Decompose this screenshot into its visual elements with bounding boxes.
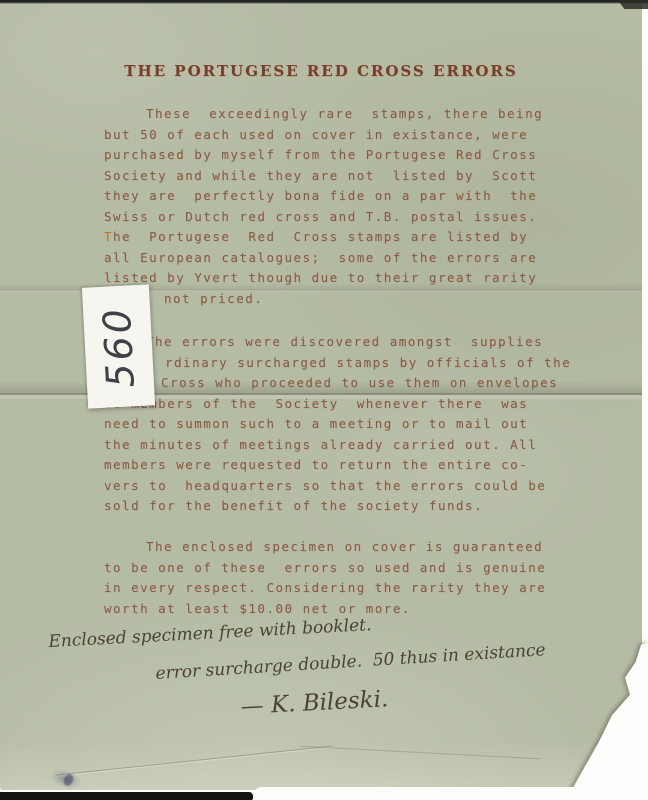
text-line: but 50 of each used on cover in existanc…	[104, 127, 543, 148]
text-line: Society and while they are not listed by…	[104, 168, 543, 189]
text-line: purchased by myself from the Portugese R…	[104, 147, 543, 168]
paragraph-1: These exceedingly rare stamps, there bei…	[104, 106, 543, 311]
paragraph-2: The errors were discovered amongst suppl…	[104, 334, 571, 519]
text-line: in every respect. Considering the rarity…	[104, 580, 546, 601]
text-line: all European catalogues; some of the err…	[104, 250, 543, 271]
text-line: members were requested to return the ent…	[104, 457, 571, 478]
scanner-edge-top	[0, 0, 648, 4]
text-line: sold for the benefit of the society fund…	[104, 498, 571, 519]
sticker-number: 560	[94, 305, 142, 389]
text-line: The enclosed specimen on cover is guaran…	[104, 539, 546, 560]
text-line: These exceedingly rare stamps, there bei…	[104, 106, 543, 127]
letter-title: THE PORTUGESE RED CROSS ERRORS	[0, 62, 642, 80]
text-line: to be one of these errors so used and is…	[104, 560, 546, 581]
bottom-crinkle-band	[0, 742, 642, 790]
torn-corner	[566, 643, 648, 800]
paragraph-3: The enclosed specimen on cover is guaran…	[104, 539, 546, 621]
text-line: Swiss or Dutch red cross and T.B. postal…	[104, 209, 543, 230]
scanner-edge-bottom-left	[0, 792, 253, 800]
text-line: vers to headquarters so that the errors …	[104, 478, 571, 499]
price-sticker: 560	[82, 284, 155, 408]
text-line: The errors were discovered amongst suppl…	[104, 334, 571, 355]
text-line: to members of the Society whenever there…	[104, 396, 571, 417]
text-line: rdinary surcharged stamps by officials o…	[104, 355, 571, 376]
text-line: they are perfectly bona fide on a par wi…	[104, 188, 543, 209]
text-line: The Portugese Red Cross stamps are liste…	[104, 229, 543, 250]
text-line: not priced.	[104, 291, 543, 312]
text-line: Cross who proceeded to use them on envel…	[104, 375, 571, 396]
scanned-letter: THE PORTUGESE RED CROSS ERRORS These exc…	[0, 0, 648, 800]
text-line: need to summon such to a meeting or to m…	[104, 416, 571, 437]
text-line: the minutes of meetings already carried …	[104, 437, 571, 458]
scanner-edge-top-right	[618, 0, 648, 9]
scanner-background-bottom	[250, 787, 648, 800]
text-line: listed by Yvert though due to their grea…	[104, 270, 543, 291]
